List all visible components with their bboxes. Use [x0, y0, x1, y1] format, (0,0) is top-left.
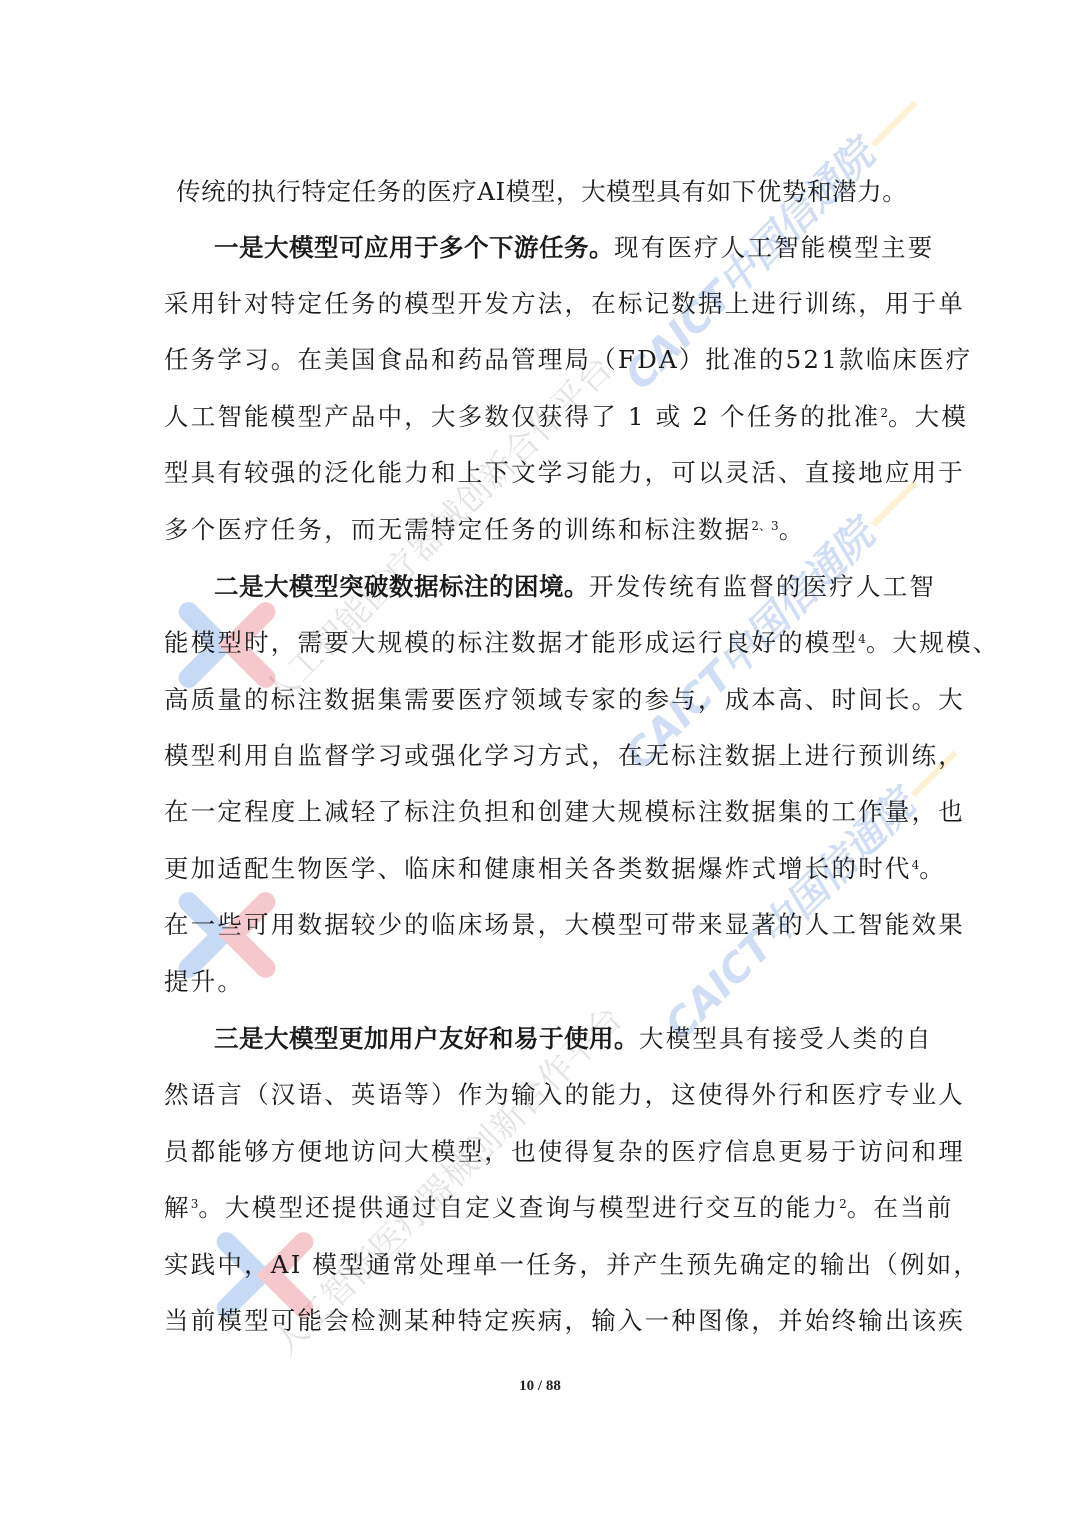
citation: 2 [839, 1197, 847, 1211]
document-page: CAICT中国信通院 CAICT中国信通院 CAICT中国信通院 人工智能医疗器… [0, 0, 1080, 1528]
paragraph-1-heading-line: 一是大模型可应用于多个下游任务。现有医疗人工智能模型主要 [214, 228, 916, 268]
text-line: 采用针对特定任务的模型开发方法，在标记数据上进行训练，用于单 [164, 284, 916, 324]
paragraph-3-heading-line: 三是大模型更加用户友好和易于使用。大模型具有接受人类的自 [214, 1019, 916, 1059]
text-line: 在一定程度上减轻了标注负担和创建大规模标注数据集的工作量，也 [164, 792, 916, 832]
page-number: 10 / 88 [0, 1378, 1080, 1395]
citation: 4 [912, 858, 920, 872]
text-line: 多个医疗任务，而无需特定任务的训练和标注数据2、3。 [164, 510, 916, 550]
text-line: 实践中，AI 模型通常处理单一任务，并产生预先确定的输出（例如， [164, 1245, 916, 1285]
citation: 2、3 [751, 519, 778, 533]
text-line: 高质量的标注数据集需要医疗领域专家的参与，成本高、时间长。大 [164, 680, 916, 720]
caict-watermark: CAICT中国信通院 [610, 459, 932, 781]
text-line: 解3。大模型还提供通过自定义查询与模型进行交互的能力2。在当前 [164, 1188, 916, 1228]
text-line: 型具有较强的泛化能力和上下文学习能力，可以灵活、直接地应用于 [164, 453, 916, 493]
text-line: 任务学习。在美国食品和药品管理局（FDA）批准的521款临床医疗 [164, 340, 916, 380]
citation: 3 [191, 1197, 199, 1211]
paragraph-heading: 三是大模型更加用户友好和易于使用。 [214, 1024, 639, 1053]
citation: 2 [880, 406, 888, 420]
citation: 4 [858, 632, 866, 646]
paragraph-heading: 一是大模型可应用于多个下游任务。 [214, 233, 614, 262]
text-line: 当前模型可能会检测某种特定疾病，输入一种图像，并始终输出该疾 [164, 1301, 916, 1341]
text-line: 在一些可用数据较少的临床场景，大模型可带来显著的人工智能效果 [164, 905, 916, 945]
text-line: 能模型时，需要大规模的标注数据才能形成运行良好的模型4。大规模、 [164, 623, 916, 663]
text-line: 传统的执行特定任务的医疗AI模型，大模型具有如下优势和潜力。 [176, 172, 892, 212]
text-line: 然语言（汉语、英语等）作为输入的能力，这使得外行和医疗专业人 [164, 1075, 916, 1115]
caict-watermark: CAICT中国信通院 [650, 729, 972, 1051]
paragraph-2-heading-line: 二是大模型突破数据标注的困境。开发传统有监督的医疗人工智 [214, 567, 916, 607]
text-line: 更加适配生物医学、临床和健康相关各类数据爆炸式增长的时代4。 [164, 849, 916, 889]
text-line: 员都能够方便地访问大模型，也使得复杂的医疗信息更易于访问和理 [164, 1132, 916, 1172]
text-line: 人工智能模型产品中，大多数仅获得了 1 或 2 个任务的批准2。大模 [164, 397, 916, 437]
text-line: 提升。 [164, 962, 916, 1002]
text-line: 模型利用自监督学习或强化学习方式，在无标注数据上进行预训练， [164, 736, 916, 776]
paragraph-heading: 二是大模型突破数据标注的困境。 [214, 572, 589, 601]
